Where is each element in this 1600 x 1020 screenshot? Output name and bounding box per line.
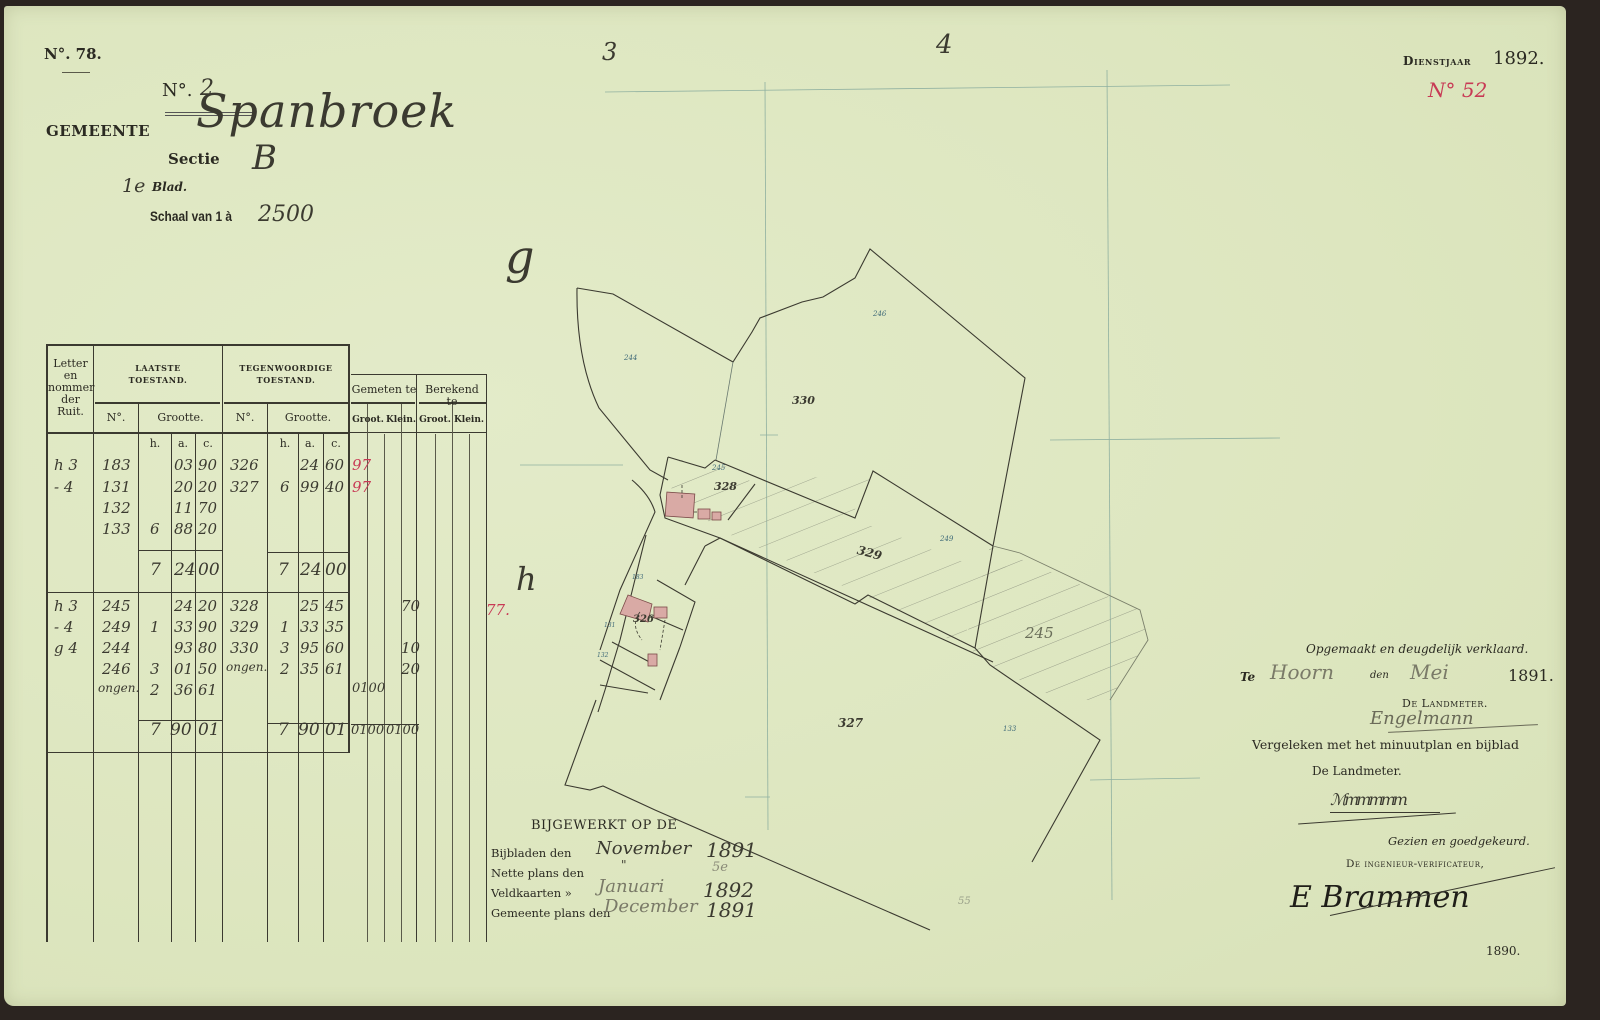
header-no: N°. [94,412,138,424]
old-parcel-label: 245 [712,464,725,472]
bijgewerkt-title: BIJGEWERKT OP DE [531,818,677,833]
old-parcel-label: 183 [632,574,643,581]
landmeter-title-2: De Landmeter. [1312,764,1402,778]
header-tegenwoordige: TEGENWOORDIGE TOESTAND. [232,362,340,386]
old-parcel-label: 132 [597,652,608,659]
month-value: Mei [1410,660,1449,684]
header-c: c. [324,438,348,450]
divider [486,790,487,942]
vergeleken-text: Vergeleken met het minuutplan en bijblad [1252,737,1519,752]
dienstjaar-year: 1892. [1493,48,1545,69]
gemeente-label: GEMEENTE [46,122,150,140]
header-gemeten: Gemeten te [351,384,417,396]
map-number-label: N°. [162,80,192,101]
blad-number: 1e [122,175,145,197]
header-a: a. [299,438,321,450]
parcel-label-326: 326 [633,614,654,625]
header-klein: Klein. [385,414,417,426]
print-year: 1890. [1486,944,1520,958]
header-groot: Groot. [418,414,452,426]
year-value: 1891. [1508,666,1554,685]
gemeente-value: Spanbroek [196,84,457,138]
header-letter-col: Letter en nommer der Ruit. [48,358,93,418]
header-grootte: Grootte. [268,412,348,424]
grid-row-label: g [505,230,534,284]
te-label: Te [1240,670,1255,684]
old-parcel-label: 131 [604,622,615,629]
header-groot: Groot. [351,414,385,426]
gezien-text: Gezien en goedgekeurd. [1388,834,1530,848]
parcel-label-330: 330 [792,394,815,407]
old-parcel-label: 249 [940,535,953,543]
dienstjaar-label: Dienstjaar [1403,54,1471,68]
header-laatste: LAATSTE TOESTAND. [108,362,208,386]
place-value: Hoorn [1270,660,1334,684]
header-c: c. [196,438,220,450]
verificateur-title: De ingenieur-verificateur, [1346,858,1484,870]
landmeter-signature-2: ℳmmmmm [1330,790,1440,813]
landmeter-signature: Engelmann [1370,708,1474,729]
grid-row-label: h [516,560,537,598]
old-parcel-label: 133 [1003,725,1016,733]
pencil-parcel-label: 245 [1025,624,1054,642]
sectie-label: Sectie [168,150,220,168]
header-a: a. [172,438,194,450]
opgemaakt-text: Opgemaakt en deugdelijk verklaard. [1306,642,1528,656]
parcel-label-328: 328 [714,480,737,493]
grid-lines [520,70,1280,900]
red-archive-number: N° 52 [1428,78,1487,102]
header-grootte: Grootte. [139,412,222,424]
header-klein: Klein. [452,414,486,426]
verificateur-signature: E Brammen [1290,880,1470,915]
sectie-value: B [252,138,277,178]
grid-column-label: 3 [602,38,617,66]
header-berekend: Berekend te [418,384,486,408]
sheet-number: N°. 78. [44,45,102,63]
header-h: h. [146,438,164,450]
parcel-label-327: 327 [838,716,863,730]
pencil-mark: 55 [958,896,971,907]
grid-column-label: 4 [936,30,953,60]
ledger-table: Letter en nommer der Ruit. LAATSTE TOEST… [46,344,488,942]
header-h: h. [276,438,294,450]
scale-label: Schaal van 1 à [150,208,232,224]
divider [62,72,90,73]
old-parcel-label: 244 [624,354,637,362]
header-no: N°. [223,412,267,424]
old-parcel-label: 246 [873,310,886,318]
blad-label: Blad. [152,180,187,194]
scale-value: 2500 [258,202,314,227]
den-label: den [1370,670,1389,681]
